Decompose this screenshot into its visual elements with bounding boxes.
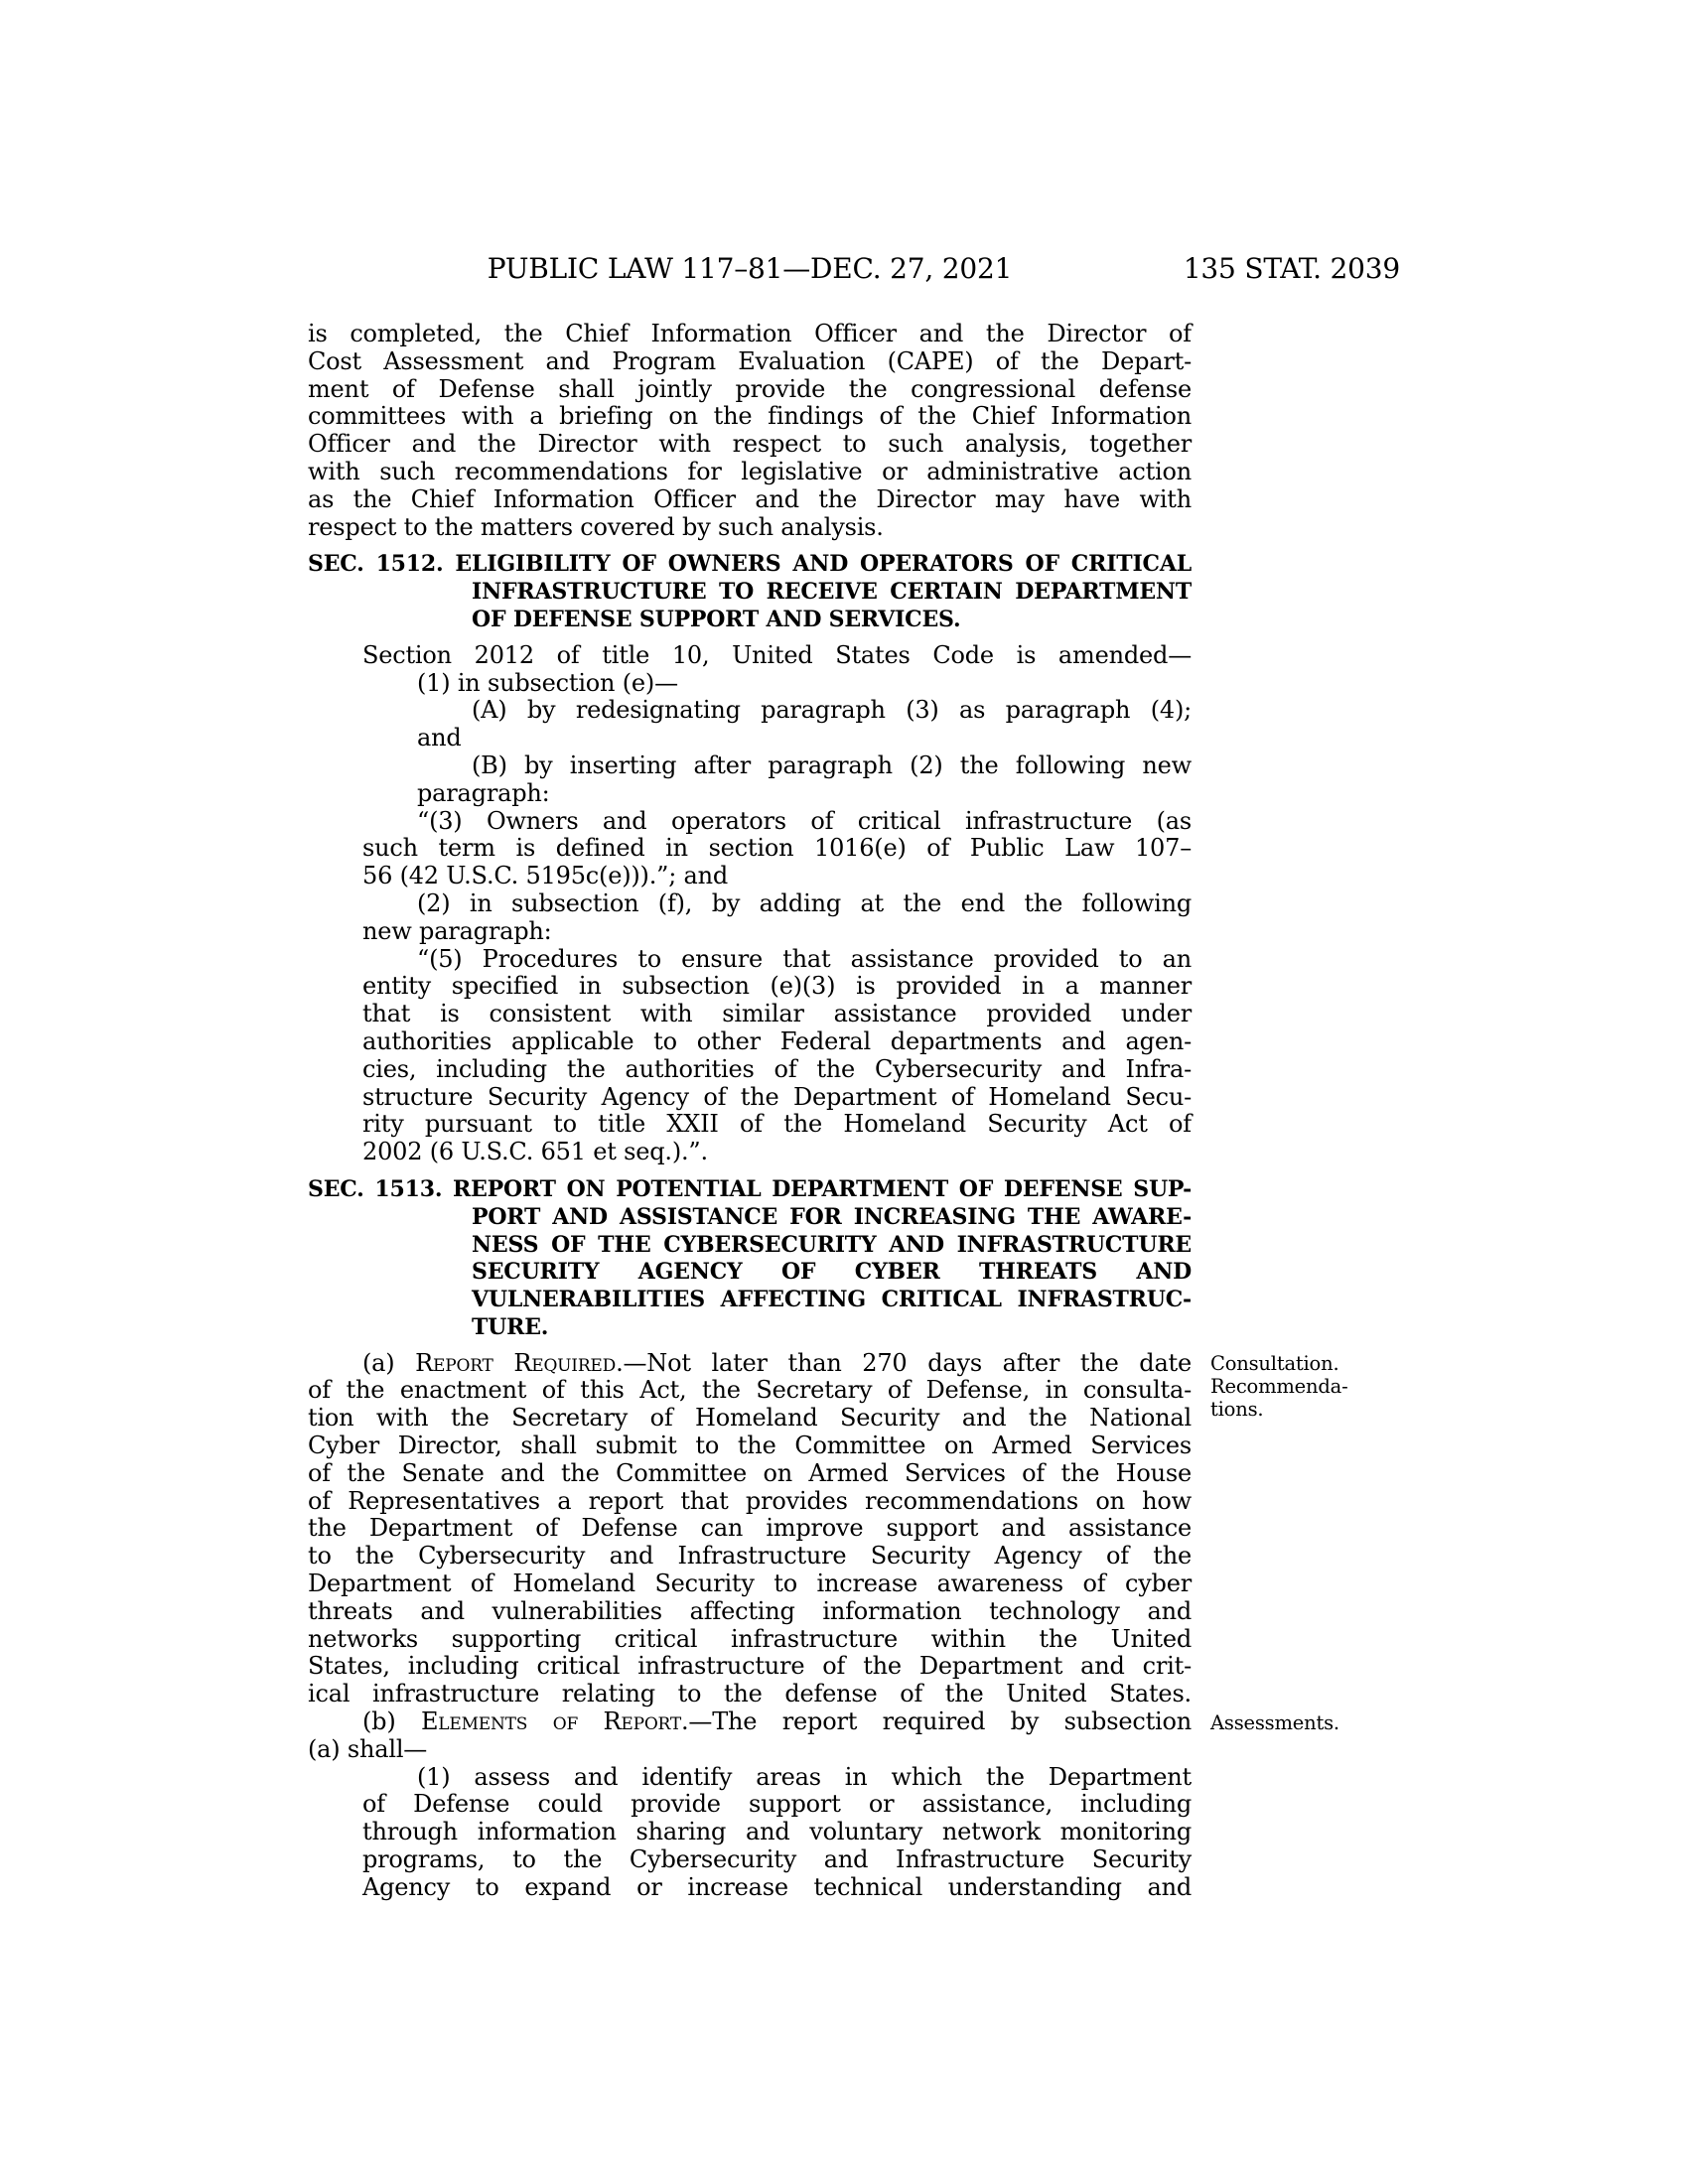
margin-note: Consultation.Recommenda-tions. xyxy=(1210,1352,1387,1421)
text-line: (B) by inserting after paragraph (2) the… xyxy=(308,752,1192,780)
text-line: “(3) Owners and operators of critical in… xyxy=(308,808,1192,836)
text-segment: .—The report required by subsection xyxy=(681,1707,1192,1735)
body-column: is completed, the Chief Information Offi… xyxy=(308,321,1192,1902)
text-line: to the Cybersecurity and Infrastructure … xyxy=(308,1543,1192,1570)
statute-page: PUBLIC LAW 117–81—DEC. 27, 2021 135 STAT… xyxy=(0,0,1688,2184)
text-line: (A) by redesignating paragraph (3) as pa… xyxy=(308,697,1192,725)
paragraph: (2) in subsection (f), by adding at the … xyxy=(308,890,1192,946)
text-line: of Representatives a report that provide… xyxy=(308,1488,1192,1516)
text-line: through information sharing and voluntar… xyxy=(308,1819,1192,1846)
small-caps-label: Elements of Report xyxy=(421,1707,681,1735)
text-line: ical infrastructure relating to the defe… xyxy=(308,1681,1192,1708)
text-line: that is consistent with similar assistan… xyxy=(308,1001,1192,1028)
text-line: NESS OF THE CYBERSECURITY AND INFRASTRUC… xyxy=(308,1232,1192,1260)
text-line: and xyxy=(308,725,1192,752)
text-line: SEC. 1512. ELIGIBILITY OF OWNERS AND OPE… xyxy=(308,551,1192,579)
text-line: Cyber Director, shall submit to the Comm… xyxy=(308,1433,1192,1460)
text-line: INFRASTRUCTURE TO RECEIVE CERTAIN DEPART… xyxy=(308,579,1192,607)
running-head: PUBLIC LAW 117–81—DEC. 27, 2021 135 STAT… xyxy=(308,254,1400,288)
text-line: structure Security Agency of the Departm… xyxy=(308,1084,1192,1112)
text-line: (1) assess and identify areas in which t… xyxy=(308,1764,1192,1792)
text-line: 2002 (6 U.S.C. 651 et seq.).”. xyxy=(308,1139,1192,1166)
margin-note-line: Assessments. xyxy=(1210,1711,1387,1734)
paragraph: (1) assess and identify areas in which t… xyxy=(308,1764,1192,1902)
text-line: SEC. 1513. REPORT ON POTENTIAL DEPARTMEN… xyxy=(308,1176,1192,1204)
text-line: new paragraph: xyxy=(308,918,1192,946)
text-line: of the enactment of this Act, the Secret… xyxy=(308,1377,1192,1405)
paragraph: Section 2012 of title 10, United States … xyxy=(308,642,1192,670)
text-line: Cost Assessment and Program Evaluation (… xyxy=(308,348,1192,376)
text-line: authorities applicable to other Federal … xyxy=(308,1028,1192,1056)
margin-note-line: tions. xyxy=(1210,1398,1387,1421)
text-line: the Department of Defense can improve su… xyxy=(308,1515,1192,1543)
text-line: (a) Report Required.—Not later than 270 … xyxy=(308,1350,1192,1378)
text-line: rity pursuant to title XXII of the Homel… xyxy=(308,1111,1192,1139)
paragraph: (A) by redesignating paragraph (3) as pa… xyxy=(308,697,1192,752)
header-stat-number: 135 STAT. 2039 xyxy=(1184,254,1400,284)
text-line: VULNERABILITIES AFFECTING CRITICAL INFRA… xyxy=(308,1287,1192,1314)
text-line: programs, to the Cybersecurity and Infra… xyxy=(308,1846,1192,1874)
text-line: Agency to expand or increase technical u… xyxy=(308,1874,1192,1902)
text-segment: (a) xyxy=(362,1349,415,1377)
text-line: such term is defined in section 1016(e) … xyxy=(308,835,1192,863)
text-line: committees with a briefing on the findin… xyxy=(308,403,1192,431)
text-line: of Defense could provide support or assi… xyxy=(308,1791,1192,1819)
text-line: TURE. xyxy=(308,1314,1192,1342)
paragraph: “(5) Procedures to ensure that assistanc… xyxy=(308,946,1192,1166)
text-line: paragraph: xyxy=(308,780,1192,808)
text-segment: .—Not later than 270 days after the date xyxy=(616,1349,1192,1377)
section-heading: SEC. 1512. ELIGIBILITY OF OWNERS AND OPE… xyxy=(308,551,1192,633)
margin-note-line: Consultation. xyxy=(1210,1352,1387,1375)
margin-note-line: Recommenda- xyxy=(1210,1375,1387,1398)
text-line: with such recommendations for legislativ… xyxy=(308,459,1192,486)
text-line: Officer and the Director with respect to… xyxy=(308,431,1192,459)
text-line: SECURITY AGENCY OF CYBER THREATS AND xyxy=(308,1259,1192,1287)
text-line: OF DEFENSE SUPPORT AND SERVICES. xyxy=(308,607,1192,634)
text-line: (a) shall— xyxy=(308,1736,1192,1764)
text-line: respect to the matters covered by such a… xyxy=(308,514,1192,542)
section-heading: SEC. 1513. REPORT ON POTENTIAL DEPARTMEN… xyxy=(308,1176,1192,1342)
paragraph: is completed, the Chief Information Offi… xyxy=(308,321,1192,541)
text-line: of the Senate and the Committee on Armed… xyxy=(308,1460,1192,1488)
text-line: (2) in subsection (f), by adding at the … xyxy=(308,890,1192,918)
text-segment: (b) xyxy=(362,1707,421,1735)
small-caps-label: Report Required xyxy=(415,1349,616,1377)
text-line: ment of Defense shall jointly provide th… xyxy=(308,376,1192,404)
text-line: entity specified in subsection (e)(3) is… xyxy=(308,973,1192,1001)
text-line: Section 2012 of title 10, United States … xyxy=(308,642,1192,670)
text-line: (1) in subsection (e)— xyxy=(308,670,1192,698)
text-line: cies, including the authorities of the C… xyxy=(308,1056,1192,1084)
paragraph: “(3) Owners and operators of critical in… xyxy=(308,808,1192,890)
paragraph: (a) Report Required.—Not later than 270 … xyxy=(308,1350,1192,1708)
text-line: States, including critical infrastructur… xyxy=(308,1653,1192,1681)
text-line: (b) Elements of Report.—The report requi… xyxy=(308,1708,1192,1736)
margin-note: Assessments. xyxy=(1210,1711,1387,1734)
paragraph: (1) in subsection (e)— xyxy=(308,670,1192,698)
text-line: threats and vulnerabilities affecting in… xyxy=(308,1598,1192,1626)
text-line: “(5) Procedures to ensure that assistanc… xyxy=(308,946,1192,974)
text-line: PORT AND ASSISTANCE FOR INCREASING THE A… xyxy=(308,1204,1192,1232)
text-line: Department of Homeland Security to incre… xyxy=(308,1570,1192,1598)
paragraph: (b) Elements of Report.—The report requi… xyxy=(308,1708,1192,1764)
text-line: as the Chief Information Officer and the… xyxy=(308,486,1192,514)
text-line: networks supporting critical infrastruct… xyxy=(308,1626,1192,1654)
header-law-title: PUBLIC LAW 117–81—DEC. 27, 2021 xyxy=(308,254,1192,284)
text-line: is completed, the Chief Information Offi… xyxy=(308,321,1192,348)
text-line: 56 (42 U.S.C. 5195c(e))).”; and xyxy=(308,863,1192,890)
text-line: tion with the Secretary of Homeland Secu… xyxy=(308,1405,1192,1433)
paragraph: (B) by inserting after paragraph (2) the… xyxy=(308,752,1192,808)
